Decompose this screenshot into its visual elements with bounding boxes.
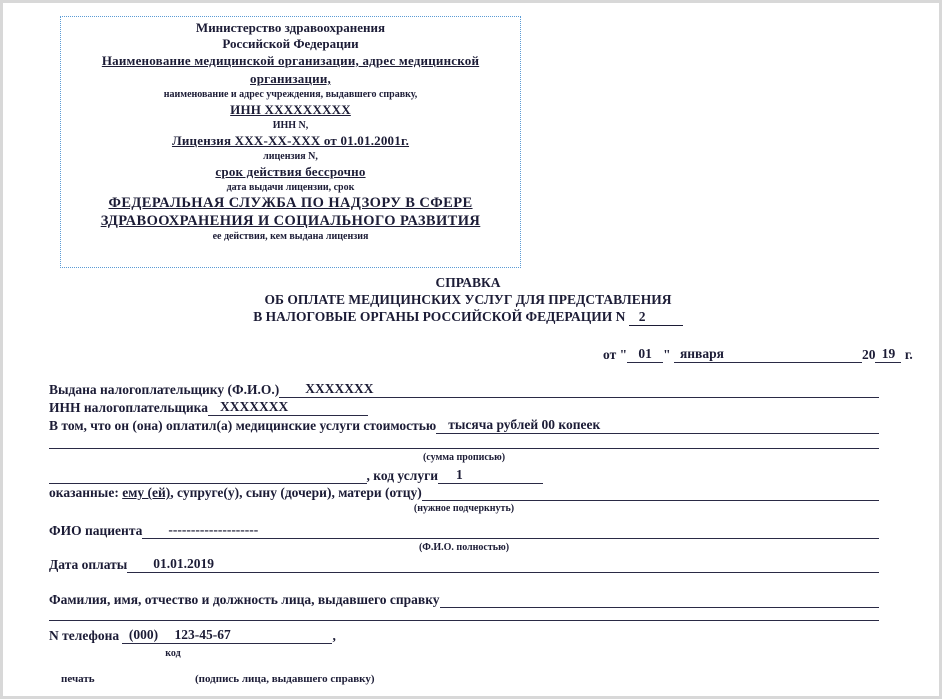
date-suffix: г.	[905, 347, 913, 362]
taxpayer-inn-value: ХХХХХХХ	[208, 399, 288, 414]
field-service-code: , код услуги 1	[49, 467, 543, 484]
field-taxpayer-inn: ИНН налогоплательщика ХХХХХХХ	[49, 399, 879, 416]
field-issuer: Фамилия, имя, отчество и должность лица,…	[49, 592, 879, 608]
phone-blank-line: 123-45-67	[164, 627, 332, 644]
phone-code-caption: код	[143, 648, 203, 659]
date-year: 19	[875, 346, 901, 363]
rendered-other-options: , супруге(у), сыну (дочери), матери (отц…	[170, 485, 421, 501]
patient-blank-line: --------------------	[142, 522, 879, 539]
payment-blank-line: тысяча рублей 00 копеек	[436, 417, 879, 434]
phone-label: N телефона	[49, 628, 119, 644]
service-code-blank-line-left	[49, 483, 367, 484]
ministry-line1: Министерство здравоохранения	[61, 20, 520, 36]
amount-continuation-line	[49, 436, 879, 449]
issue-date-line: от "01" января2019 г.	[603, 346, 913, 363]
service-code-value: 1	[438, 467, 463, 482]
field-patient: ФИО пациента --------------------	[49, 522, 879, 539]
rendered-label: оказанные:	[49, 485, 119, 501]
payment-label: В том, что он (она) оплатил(а) медицинск…	[49, 418, 436, 434]
phone-value: 123-45-67	[164, 627, 230, 642]
date-quote: "	[663, 347, 671, 362]
issuer-header-box: Министерство здравоохранения Российской …	[60, 16, 521, 268]
rendered-blank-line	[422, 500, 879, 501]
field-payment-date: Дата оплаты 01.01.2019	[49, 556, 879, 573]
org-name-line1: Наименование медицинской организации, ад…	[61, 52, 520, 70]
authority-caption: ее действия, кем выдана лицензия	[61, 230, 520, 243]
license-caption: лицензия N,	[61, 150, 520, 163]
taxpayer-value: ХХХХХХХ	[279, 381, 373, 396]
taxpayer-inn-blank-line: ХХХХХХХ	[208, 399, 368, 416]
date-century: 20	[862, 347, 876, 362]
payment-value: тысяча рублей 00 копеек	[436, 417, 600, 432]
issuer-continuation-line	[49, 608, 879, 621]
validity-value: срок действия бессрочно	[61, 163, 520, 181]
title-line2: ОБ ОПЛАТЕ МЕДИЦИНСКИХ УСЛУГ ДЛЯ ПРЕДСТАВ…	[3, 291, 933, 308]
org-caption: наименование и адрес учреждения, выдавше…	[61, 88, 520, 101]
signature-caption: (подпись лица, выдавшего справку)	[195, 673, 375, 685]
ministry-line2: Российской Федерации	[61, 36, 520, 52]
phone-comma: ,	[332, 628, 335, 644]
issuer-label: Фамилия, имя, отчество и должность лица,…	[49, 592, 440, 608]
taxpayer-label: Выдана налогоплательщику (Ф.И.О.)	[49, 382, 279, 398]
inn-value: ИНН ХХХХХХХХХ	[61, 101, 520, 119]
taxpayer-blank-line: ХХХХХХХ	[279, 381, 879, 398]
field-taxpayer: Выдана налогоплательщику (Ф.И.О.) ХХХХХХ…	[49, 381, 879, 398]
phone-code-value: (000)	[122, 627, 164, 644]
payment-date-value: 01.01.2019	[127, 556, 214, 571]
rendered-selected-option: ему (ей)	[122, 485, 170, 501]
date-month: января	[674, 346, 862, 363]
field-phone: N телефона (000) 123-45-67 ,	[49, 627, 336, 644]
inn-caption: ИНН N,	[61, 119, 520, 132]
title-line1: СПРАВКА	[3, 274, 933, 291]
field-payment: В том, что он (она) оплатил(а) медицинск…	[49, 417, 879, 434]
date-prefix: от "	[603, 347, 627, 362]
date-day: 01	[627, 346, 663, 363]
stamp-label: печать	[61, 673, 95, 685]
patient-caption: (Ф.И.О. полностью)	[49, 542, 879, 554]
field-rendered-to: оказанные: ему (ей) , супруге(у), сыну (…	[49, 485, 879, 501]
payment-date-label: Дата оплаты	[49, 557, 127, 573]
org-name-line2: организации,	[61, 70, 520, 88]
certificate-number: 2	[629, 308, 683, 326]
underline-caption: (нужное подчеркнуть)	[49, 503, 879, 515]
authority-line2: ЗДРАВООХРАНЕНИЯ И СОЦИАЛЬНОГО РАЗВИТИЯ	[61, 212, 520, 230]
payment-date-blank-line: 01.01.2019	[127, 556, 879, 573]
license-value: Лицензия ХХХ-ХХ-ХХХ от 01.01.2001г.	[61, 132, 520, 150]
authority-line1: ФЕДЕРАЛЬНАЯ СЛУЖБА ПО НАДЗОРУ В СФЕРЕ	[61, 194, 520, 212]
title-line3-text: В НАЛОГОВЫЕ ОРГАНЫ РОССИЙСКОЙ ФЕДЕРАЦИИ …	[253, 309, 625, 324]
certificate-document: Министерство здравоохранения Российской …	[0, 0, 942, 699]
patient-label: ФИО пациента	[49, 523, 142, 539]
amount-caption: (сумма прописью)	[49, 452, 879, 464]
service-code-blank-line: 1	[438, 467, 543, 484]
document-title: СПРАВКА ОБ ОПЛАТЕ МЕДИЦИНСКИХ УСЛУГ ДЛЯ …	[3, 274, 933, 326]
validity-caption: дата выдачи лицензии, срок	[61, 181, 520, 194]
patient-value: --------------------	[142, 522, 258, 537]
taxpayer-inn-label: ИНН налогоплательщика	[49, 400, 208, 416]
service-code-label: , код услуги	[367, 468, 438, 484]
title-line3: В НАЛОГОВЫЕ ОРГАНЫ РОССИЙСКОЙ ФЕДЕРАЦИИ …	[3, 308, 933, 326]
